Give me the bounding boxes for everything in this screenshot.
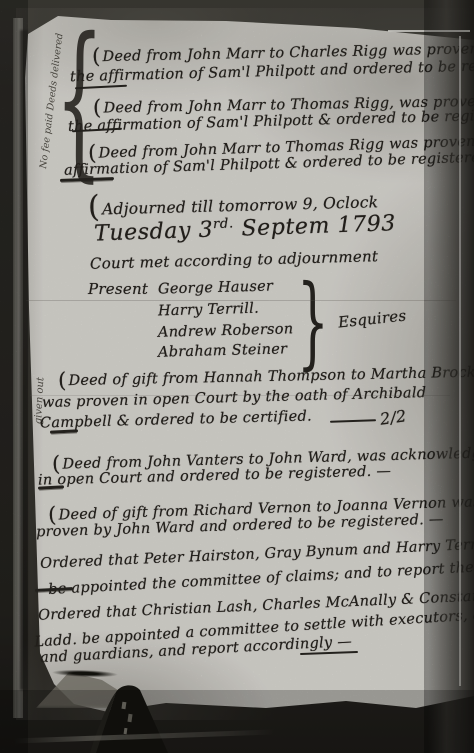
justice-name: George Hauser [158, 278, 274, 297]
heading-superscript: rd. [213, 216, 234, 232]
page-right-edge-highlight [459, 36, 461, 686]
right-brace-mark: } [297, 272, 329, 372]
entry-flourish: ( [93, 95, 102, 119]
adjourn-flourish: ( [88, 189, 101, 224]
present-label: Present [88, 280, 148, 298]
paper-crease [30, 395, 450, 396]
film-streak [14, 729, 274, 743]
film-right-band [428, 0, 474, 753]
microfilm-frame: No fee paid Deeds delivered given out { … [0, 0, 474, 753]
film-scratch-line [388, 30, 470, 32]
fee-mark: 2/2 [379, 406, 408, 429]
entry-flourish: ( [92, 44, 101, 68]
justice-name: Harry Terrill. [158, 301, 259, 320]
heading-part: Tuesday 3 [94, 217, 214, 246]
entry-flourish: ( [58, 368, 67, 392]
paper-crease [26, 300, 456, 301]
justice-name: Abraham Steiner [158, 341, 288, 360]
